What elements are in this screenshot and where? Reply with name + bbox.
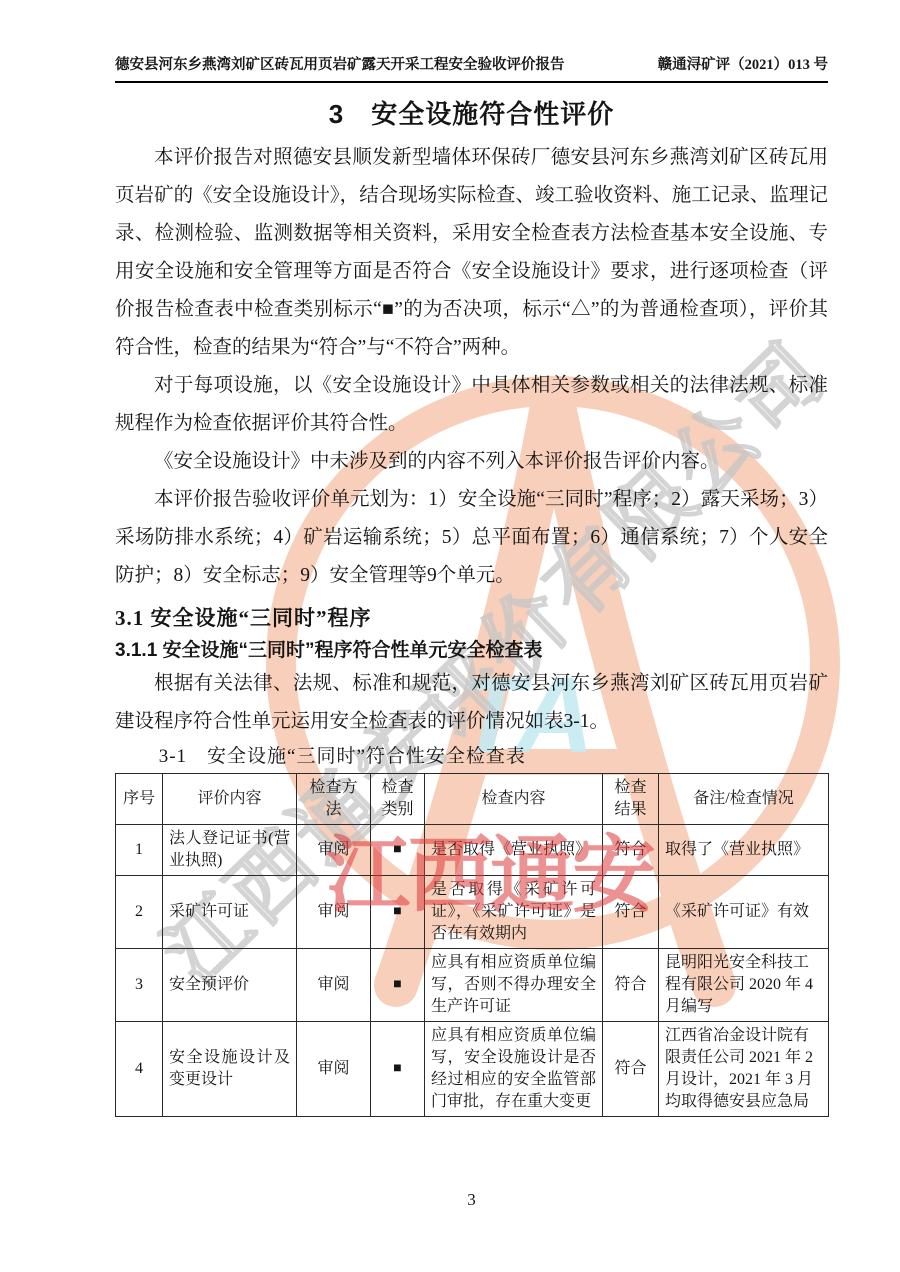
cell-category: ■	[371, 825, 425, 876]
cell-note: 《采矿许可证》有效	[659, 876, 829, 949]
cell-category: ■	[371, 1022, 425, 1117]
page-title: 3 安全设施符合性评价	[115, 97, 828, 131]
cell-result: 符合	[603, 949, 659, 1022]
checklist-table: 序号 评价内容 检查方法 检查类别 检查内容 检查结果 备注/检查情况 1 法人…	[115, 773, 829, 1117]
header-cell-item: 评价内容	[163, 774, 297, 825]
page-content: 德安县河东乡燕湾刘矿区砖瓦用页岩矿露天开采工程安全验收评价报告 赣通浔矿评（20…	[0, 0, 900, 1117]
header-cell-note: 备注/检查情况	[659, 774, 829, 825]
table-row: 3 安全预评价 审阅 ■ 应具有相应资质单位编写，否则不得办理安全生产许可证 符…	[116, 949, 829, 1022]
cell-item: 采矿许可证	[163, 876, 297, 949]
table-row: 1 法人登记证书(营业执照) 审阅 ■ 是否取得《营业执照》 符合 取得了《营业…	[116, 825, 829, 876]
table-row: 4 安全设施设计及变更设计 审阅 ■ 应具有相应资质单位编写，安全设施设计是否经…	[116, 1022, 829, 1117]
header-cell-method: 检查方法	[297, 774, 371, 825]
cell-content: 是否取得《采矿许可证》，《采矿许可证》是否在有效期内	[425, 876, 603, 949]
header-cell-category: 检查类别	[371, 774, 425, 825]
cell-result: 符合	[603, 876, 659, 949]
cell-note: 取得了《营业执照》	[659, 825, 829, 876]
cell-method: 审阅	[297, 949, 371, 1022]
section-heading-3-1-1: 3.1.1 安全设施“三同时”程序符合性单元安全检查表	[115, 637, 828, 665]
cell-category: ■	[371, 876, 425, 949]
cell-content: 应具有相应资质单位编写，否则不得办理安全生产许可证	[425, 949, 603, 1022]
table-caption: 3-1 安全设施“三同时”符合性安全检查表	[115, 744, 828, 770]
header-cell-no: 序号	[116, 774, 163, 825]
cell-category: ■	[371, 949, 425, 1022]
cell-no: 1	[116, 825, 163, 876]
section-heading-3-1: 3.1 安全设施“三同时”程序	[115, 603, 828, 633]
header-cell-content: 检查内容	[425, 774, 603, 825]
cell-note: 昆明阳光安全科技工程有限公司 2020 年 4 月编写	[659, 949, 829, 1022]
cell-content: 应具有相应资质单位编写，安全设施设计是否经过相应的安全监管部门审批，存在重大变更	[425, 1022, 603, 1117]
table-head: 序号 评价内容 检查方法 检查类别 检查内容 检查结果 备注/检查情况	[116, 774, 829, 825]
cell-no: 3	[116, 949, 163, 1022]
paragraph-3-1-1: 根据有关法律、法规、标准和规范，对德安县河东乡燕湾刘矿区砖瓦用页岩矿建设程序符合…	[115, 665, 828, 741]
paragraph-1: 本评价报告对照德安县顺发新型墙体环保砖厂德安县河东乡燕湾刘矿区砖瓦用页岩矿的《安…	[115, 139, 828, 367]
cell-result: 符合	[603, 825, 659, 876]
table-header-row: 序号 评价内容 检查方法 检查类别 检查内容 检查结果 备注/检查情况	[116, 774, 829, 825]
header-report-title: 德安县河东乡燕湾刘矿区砖瓦用页岩矿露天开采工程安全验收评价报告	[115, 54, 565, 76]
cell-item: 安全预评价	[163, 949, 297, 1022]
paragraph-3: 《安全设施设计》中未涉及到的内容不列入本评价报告评价内容。	[115, 443, 828, 481]
page-number: 3	[115, 1190, 828, 1210]
report-page: TA 江西通安评价有限公司 江西通安 德安县河东乡燕湾刘矿区砖瓦用页岩矿露天开采…	[0, 0, 900, 1272]
header-doc-number: 赣通浔矿评（2021）013 号	[658, 54, 828, 76]
cell-item: 法人登记证书(营业执照)	[163, 825, 297, 876]
cell-no: 4	[116, 1022, 163, 1117]
table-row: 2 采矿许可证 审阅 ■ 是否取得《采矿许可证》，《采矿许可证》是否在有效期内 …	[116, 876, 829, 949]
cell-item: 安全设施设计及变更设计	[163, 1022, 297, 1117]
cell-result: 符合	[603, 1022, 659, 1117]
cell-note: 江西省冶金设计院有限责任公司 2021 年 2 月设计，2021 年 3 月均取…	[659, 1022, 829, 1117]
cell-method: 审阅	[297, 876, 371, 949]
paragraph-4: 本评价报告验收评价单元划为：1）安全设施“三同时”程序；2）露天采场；3）采场防…	[115, 481, 828, 595]
cell-no: 2	[116, 876, 163, 949]
cell-method: 审阅	[297, 1022, 371, 1117]
paragraph-2: 对于每项设施，以《安全设施设计》中具体相关参数或相关的法律法规、标准规程作为检查…	[115, 367, 828, 443]
cell-content: 是否取得《营业执照》	[425, 825, 603, 876]
doc-header: 德安县河东乡燕湾刘矿区砖瓦用页岩矿露天开采工程安全验收评价报告 赣通浔矿评（20…	[115, 54, 828, 83]
cell-method: 审阅	[297, 825, 371, 876]
table-body: 1 法人登记证书(营业执照) 审阅 ■ 是否取得《营业执照》 符合 取得了《营业…	[116, 825, 829, 1117]
header-cell-result: 检查结果	[603, 774, 659, 825]
